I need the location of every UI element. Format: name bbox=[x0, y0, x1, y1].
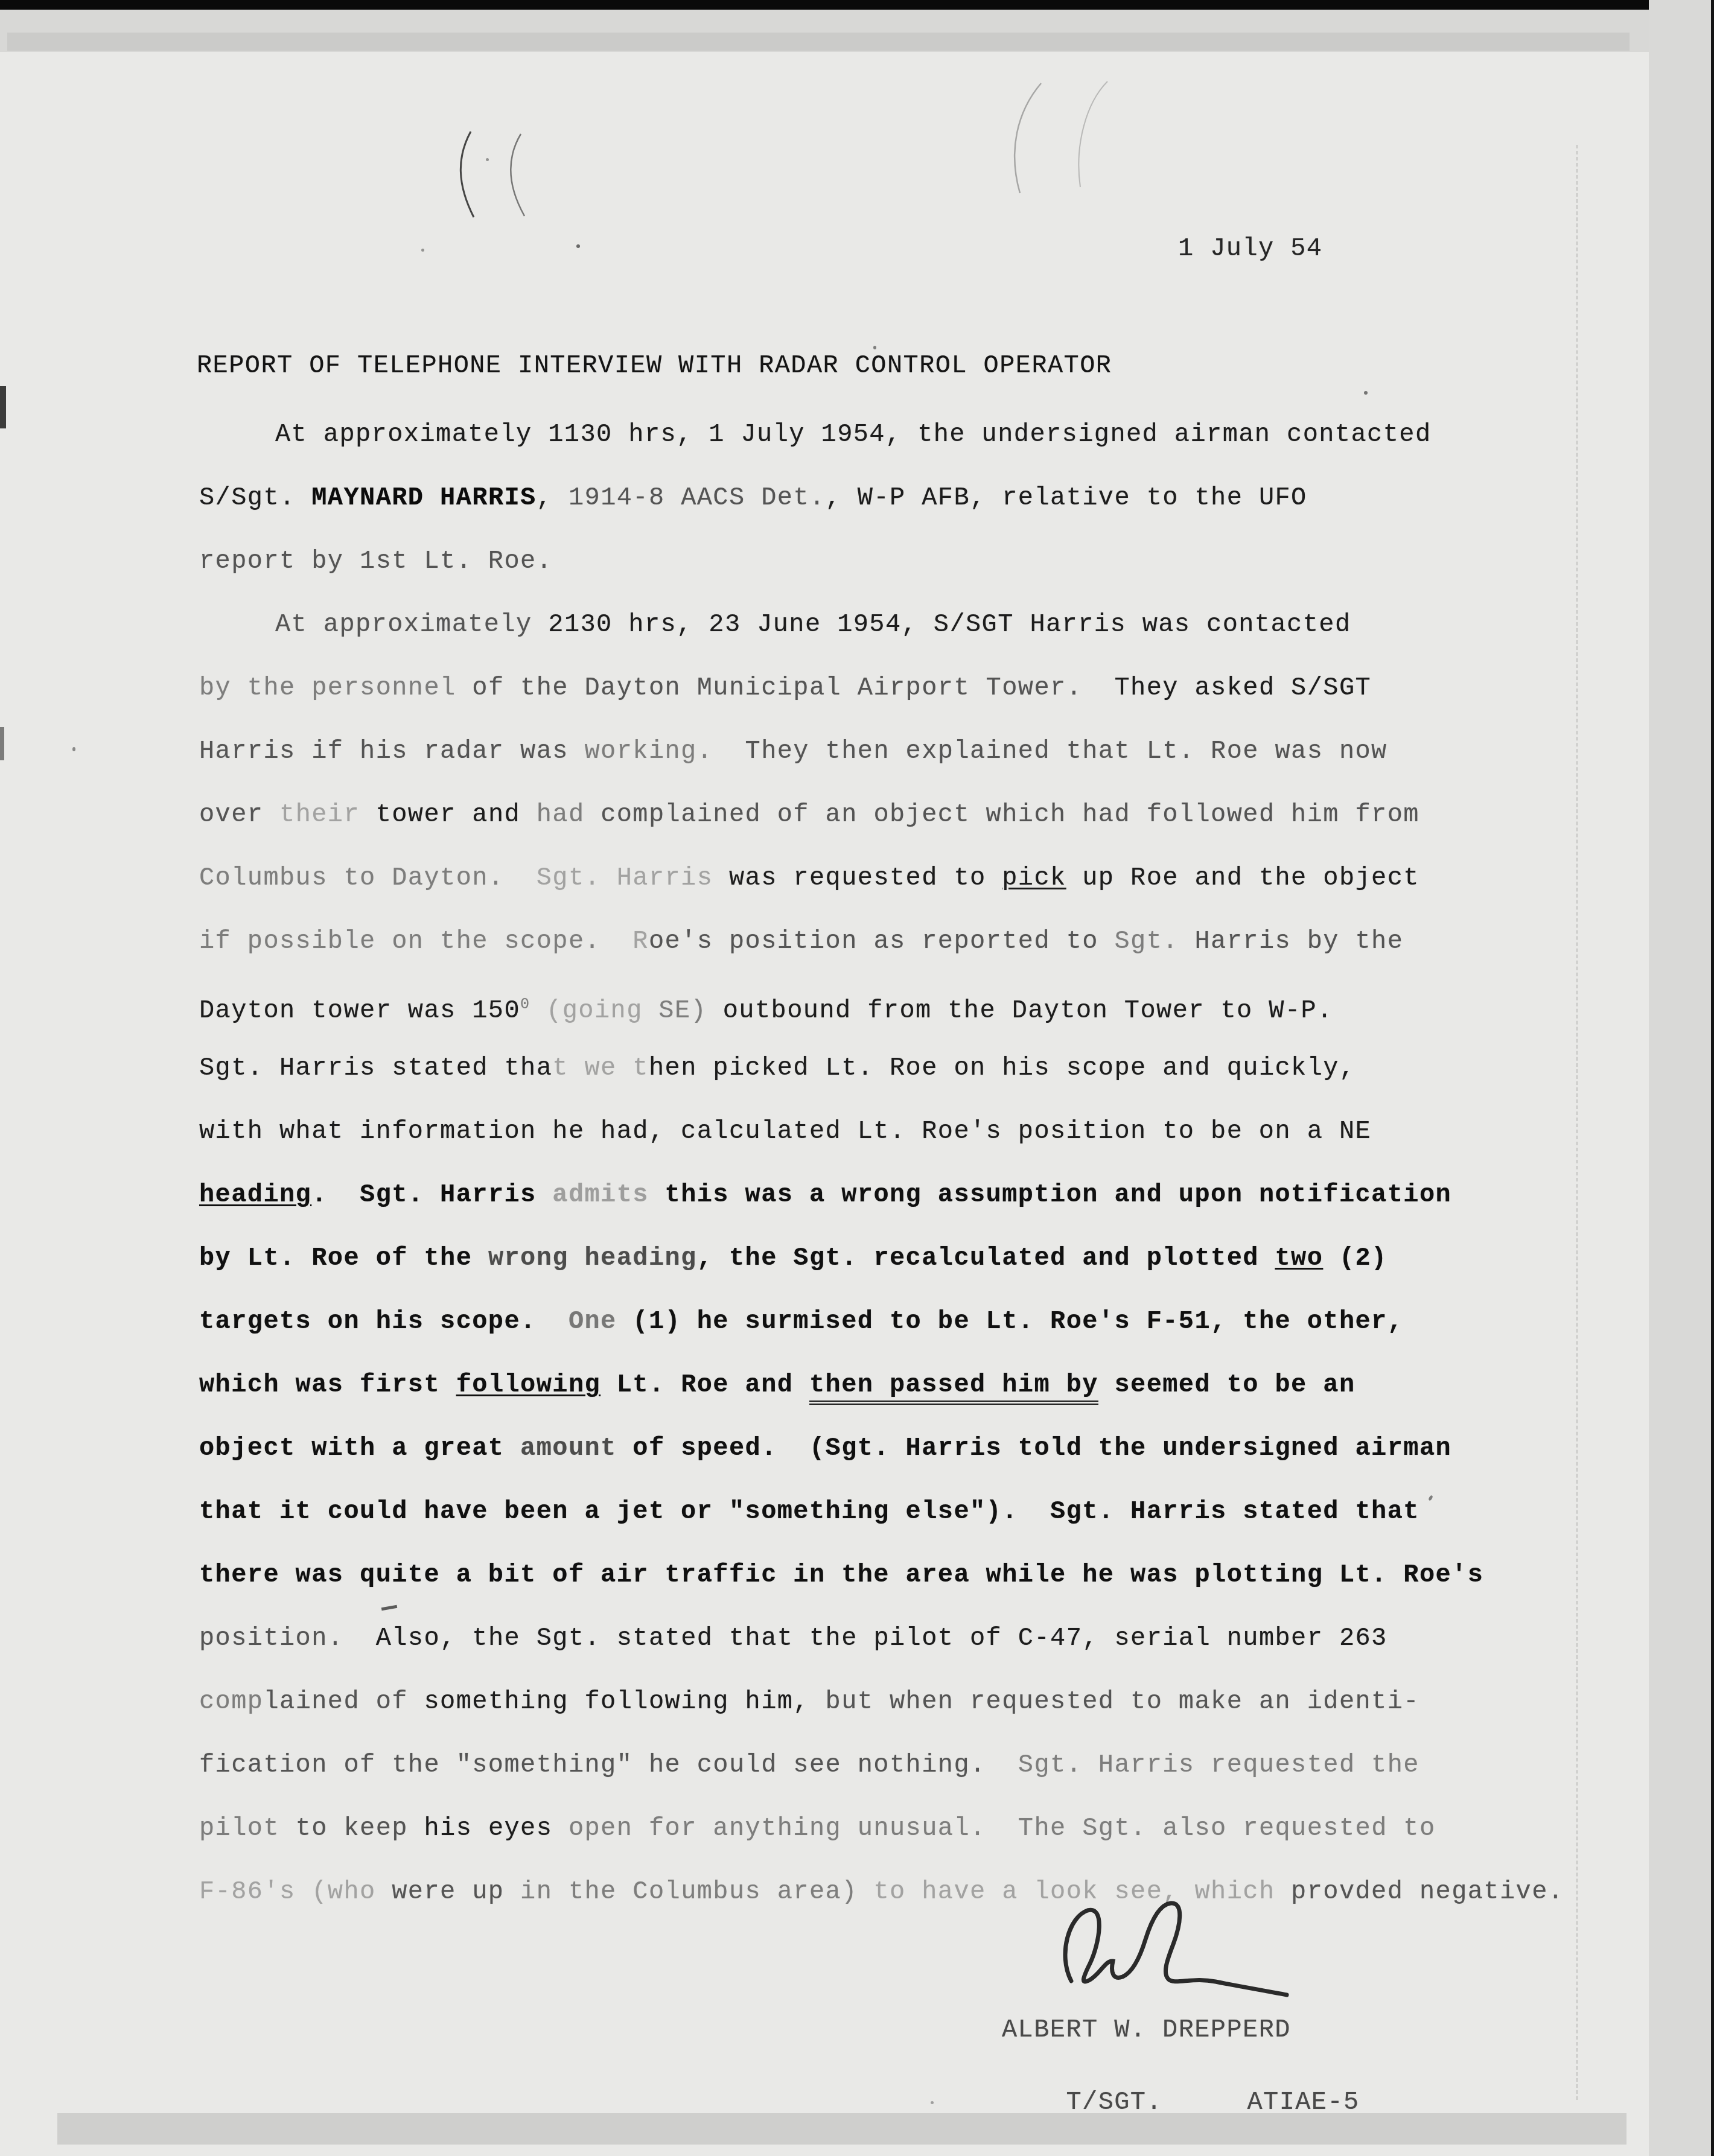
text-segment: One bbox=[569, 1307, 617, 1336]
text-segment: of speed. (Sgt. Harris told the undersig… bbox=[617, 1434, 1451, 1463]
text-segment: there was quite a bit of air traffic in … bbox=[199, 1560, 1483, 1589]
text-segment: Harris by the bbox=[1179, 927, 1403, 956]
text-line: Columbus to Dayton. Sgt. Harris was requ… bbox=[199, 862, 1605, 926]
text-segment: complained of an object which had follow… bbox=[601, 800, 1419, 829]
text-line: fication of the "something" he could see… bbox=[199, 1749, 1605, 1813]
text-segment bbox=[537, 1180, 553, 1209]
text-line: F-86's (who were up in the Columbus area… bbox=[199, 1876, 1605, 1939]
text-segment: this was a wrong assumption and upon not… bbox=[649, 1180, 1451, 1209]
text-segment: of the Dayton Municipal Airport Tower. bbox=[456, 673, 1115, 702]
text-segment: At approximately bbox=[275, 610, 548, 639]
pen-mark-parentheses bbox=[444, 127, 564, 223]
text-segment: up Roe and the object bbox=[1066, 863, 1419, 892]
text-segment: then passed him by bbox=[809, 1370, 1098, 1405]
text-segment: working. bbox=[585, 737, 745, 766]
text-segment: following bbox=[456, 1370, 601, 1399]
text-segment: if possible on the scope. bbox=[199, 927, 632, 956]
text-segment: heading bbox=[199, 1180, 311, 1209]
text-segment bbox=[530, 996, 547, 1025]
text-segment: R bbox=[632, 927, 649, 956]
scan-edge-mark bbox=[0, 727, 4, 760]
text-segment: but when requested to make an identi- bbox=[826, 1687, 1419, 1716]
text-segment: At approximately 1130 hrs, 1 July 1954, … bbox=[275, 420, 1432, 449]
scan-band-right bbox=[1649, 0, 1714, 2156]
scan-speck bbox=[1364, 391, 1368, 395]
text-line: S/Sgt. MAYNARD HARRIS, 1914-8 AACS Det.,… bbox=[199, 482, 1605, 545]
text-segment: 0 bbox=[520, 996, 530, 1013]
text-segment: object with a great bbox=[199, 1434, 520, 1463]
text-line: Dayton tower was 1500 (going SE) outboun… bbox=[199, 989, 1605, 1052]
text-segment: They then explained that Lt. Roe was now bbox=[745, 737, 1387, 766]
scan-speck bbox=[873, 346, 876, 349]
pen-mark-curls bbox=[984, 78, 1129, 199]
text-segment: Dayton tower was 150 bbox=[199, 996, 520, 1025]
text-segment: amount bbox=[520, 1434, 617, 1463]
text-segment: Harris bbox=[440, 1180, 537, 1209]
text-line: report by 1st Lt. Roe. bbox=[199, 545, 1605, 609]
text-segment: Sgt. Harris bbox=[537, 863, 713, 892]
document-page: 1 July 54 REPORT OF TELEPHONE INTERVIEW … bbox=[0, 0, 1714, 2156]
text-line: that it could have been a jet or "someth… bbox=[199, 1496, 1605, 1559]
text-line: over their tower and had complained of a… bbox=[199, 799, 1605, 862]
signatory-rank-line: T/SGT.ATIAE-5 bbox=[1002, 2059, 1360, 2146]
text-segment: fication of the "something" he could see… bbox=[199, 1751, 1018, 1779]
text-line: targets on his scope. One (1) he surmise… bbox=[199, 1306, 1605, 1369]
text-segment: (going bbox=[546, 996, 643, 1025]
text-segment: admits bbox=[552, 1180, 649, 1209]
text-segment: Also, the Sgt. stated that the pilot of … bbox=[376, 1624, 1387, 1653]
text-segment: Sgt. Harris stated tha bbox=[199, 1054, 552, 1083]
text-line: At approximately 1130 hrs, 1 July 1954, … bbox=[199, 419, 1605, 482]
scan-edge-top bbox=[0, 0, 1714, 10]
text-segment: MAYNARD HARRIS bbox=[311, 483, 536, 512]
text-segment: by Lt. Roe of the bbox=[199, 1244, 488, 1273]
text-line: if possible on the scope. Roe's position… bbox=[199, 926, 1605, 989]
text-segment: tower and bbox=[376, 800, 537, 829]
scan-speck bbox=[931, 2101, 934, 2104]
signatory-office: ATIAE-5 bbox=[1247, 2088, 1359, 2117]
text-segment: lained of bbox=[263, 1687, 424, 1716]
text-line: by the personnel of the Dayton Municipal… bbox=[199, 672, 1605, 736]
scan-band-top-shadow bbox=[7, 33, 1630, 51]
text-segment: They asked S/SGT bbox=[1114, 673, 1371, 702]
text-segment: report by 1st Lt. Roe. bbox=[199, 547, 552, 576]
text-segment: seemed to be an bbox=[1098, 1370, 1356, 1399]
text-segment: hen picked Lt. Roe on his scope and quic… bbox=[649, 1054, 1356, 1083]
text-segment: Columbus to Dayton. bbox=[199, 863, 537, 892]
text-segment: , W-P AFB, relative to the UFO bbox=[826, 483, 1307, 512]
text-segment: with what information he had, calculated… bbox=[199, 1117, 1371, 1146]
text-segment: Sgt. Harris requested the bbox=[1018, 1751, 1419, 1779]
document-body: At approximately 1130 hrs, 1 July 1954, … bbox=[199, 419, 1605, 1939]
signatory-name: ALBERT W. DREPPERD bbox=[1002, 2015, 1291, 2044]
text-segment: in the Columbus area) bbox=[504, 1877, 857, 1906]
text-line: by Lt. Roe of the wrong heading, the Sgt… bbox=[199, 1242, 1605, 1306]
text-segment: open for anything unusual. bbox=[552, 1814, 1018, 1843]
text-segment: something following him, bbox=[424, 1687, 825, 1716]
text-line: object with a great amount of speed. (Sg… bbox=[199, 1433, 1605, 1496]
text-segment: was requested to bbox=[713, 863, 1002, 892]
text-segment: Sgt. bbox=[1114, 927, 1178, 956]
text-line: there was quite a bit of air traffic in … bbox=[199, 1559, 1605, 1623]
text-segment: two bbox=[1275, 1244, 1323, 1273]
scan-speck bbox=[421, 249, 424, 252]
text-segment: The Sgt. also requested to bbox=[1018, 1814, 1436, 1843]
text-segment: that it could have been a jet or "someth… bbox=[199, 1497, 1419, 1526]
text-segment: Harris if his radar was bbox=[199, 737, 585, 766]
text-line: position. Also, the Sgt. stated that the… bbox=[199, 1623, 1605, 1686]
text-line: Harris if his radar was working. They th… bbox=[199, 736, 1605, 799]
text-segment: . Sgt. bbox=[311, 1180, 440, 1209]
scan-band-bottom bbox=[57, 2113, 1626, 2145]
text-line: complained of something following him, b… bbox=[199, 1686, 1605, 1749]
scan-edge-mark bbox=[0, 386, 6, 428]
scan-edge-right bbox=[1711, 0, 1714, 2156]
text-segment: his eyes bbox=[424, 1814, 552, 1843]
text-segment: their bbox=[279, 800, 376, 829]
text-segment: provded negative. bbox=[1291, 1877, 1564, 1906]
text-segment: by the personnel bbox=[199, 673, 456, 702]
text-segment: t we t bbox=[552, 1054, 649, 1083]
text-segment: Lt. Roe and bbox=[601, 1370, 809, 1399]
text-segment: SE) bbox=[643, 996, 707, 1025]
text-segment: oe's position as reported to bbox=[649, 927, 1115, 956]
text-segment: had bbox=[537, 800, 601, 829]
text-segment: wrong heading bbox=[488, 1244, 697, 1273]
text-line: which was first following Lt. Roe and th… bbox=[199, 1369, 1605, 1433]
text-segment: pilot bbox=[199, 1814, 279, 1843]
text-segment: , the Sgt. recalculated and plotted bbox=[697, 1244, 1275, 1273]
text-segment: position. bbox=[199, 1624, 376, 1653]
text-line: At approximately 2130 hrs, 23 June 1954,… bbox=[199, 609, 1605, 672]
text-segment: 1914-8 AACS Det. bbox=[569, 483, 826, 512]
signatory-rank: T/SGT. bbox=[1066, 2088, 1247, 2117]
document-title: REPORT OF TELEPHONE INTERVIEW WITH RADAR… bbox=[197, 351, 1112, 380]
text-segment: outbound from the Dayton Tower to W-P. bbox=[707, 996, 1333, 1025]
text-segment: pick bbox=[1002, 863, 1066, 892]
text-line: with what information he had, calculated… bbox=[199, 1116, 1605, 1179]
text-segment: to keep bbox=[279, 1814, 424, 1843]
document-date: 1 July 54 bbox=[1178, 234, 1322, 263]
text-segment: F-86's (who bbox=[199, 1877, 392, 1906]
text-segment: were up bbox=[392, 1877, 504, 1906]
scan-speck bbox=[72, 747, 75, 751]
text-segment: (1) he surmised to be Lt. Roe's F-51, th… bbox=[617, 1307, 1404, 1336]
text-segment: over bbox=[199, 800, 279, 829]
text-line: heading. Sgt. Harris admits this was a w… bbox=[199, 1179, 1605, 1242]
signature-handwritten bbox=[1020, 1887, 1304, 2014]
text-segment: targets on his scope. bbox=[199, 1307, 569, 1336]
text-segment: S/Sgt. bbox=[199, 483, 311, 512]
text-segment: (2) bbox=[1323, 1244, 1387, 1273]
scan-speck bbox=[576, 244, 580, 248]
text-segment: , bbox=[537, 483, 569, 512]
text-line: Sgt. Harris stated that we then picked L… bbox=[199, 1052, 1605, 1116]
text-segment: comp bbox=[199, 1687, 263, 1716]
text-line: pilot to keep his eyes open for anything… bbox=[199, 1813, 1605, 1876]
text-segment: which was first bbox=[199, 1370, 456, 1399]
text-segment: 2130 hrs, 23 June 1954, S/SGT Harris was… bbox=[548, 610, 1351, 639]
